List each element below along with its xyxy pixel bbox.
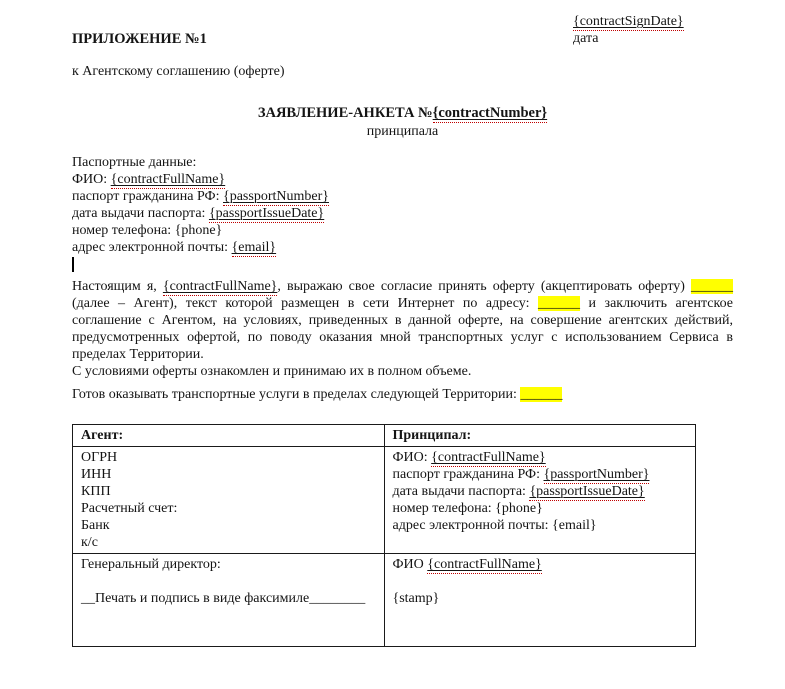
- acceptance-line: С условиями оферты ознакомлен и принимаю…: [72, 363, 733, 380]
- document-page[interactable]: {contractSignDate} дата ПРИЛОЖЕНИЕ №1 к …: [0, 0, 785, 689]
- passport-heading: Паспортные данные:: [72, 154, 329, 171]
- territory-line: Готов оказывать транспортные услуги в пр…: [72, 386, 562, 403]
- account-line: Расчетный счет:: [81, 500, 376, 517]
- document-title: ЗАЯВЛЕНИЕ-АНКЕТА №{contractNumber}: [72, 105, 733, 122]
- agent-signature-cell: Генеральный директор:__Печать и подпись …: [73, 554, 385, 647]
- template-placeholder: {contractSignDate}: [573, 14, 684, 31]
- text-cursor: [72, 257, 74, 272]
- passport-section: Паспортные данные: ФИО: {contractFullNam…: [72, 154, 329, 273]
- sign-date-label: дата: [573, 30, 684, 47]
- sign-date-placeholder-line: {contractSignDate}: [573, 13, 684, 30]
- director-line: Генеральный директор:: [81, 556, 376, 573]
- empty-line: [393, 573, 688, 590]
- fio-line: ФИО: {contractFullName}: [72, 171, 329, 188]
- appendix-subheading: к Агентскому соглашению (оферте): [72, 63, 285, 80]
- phone-line: номер телефона: {phone}: [72, 222, 329, 239]
- template-placeholder: {email}: [552, 518, 597, 533]
- table-signature-row: Генеральный директор:__Печать и подпись …: [73, 554, 696, 647]
- table-header-principal: Принципал:: [384, 425, 696, 447]
- template-placeholder: {phone}: [495, 501, 543, 516]
- principal-details-cell: ФИО: {contractFullName}паспорт гражданин…: [384, 447, 696, 554]
- document-subtitle: принципала: [72, 123, 733, 140]
- template-placeholder: {email}: [232, 240, 277, 257]
- cursor-line: [72, 256, 329, 273]
- table-header-row: Агент: Принципал:: [73, 425, 696, 447]
- template-placeholder: {passportIssueDate}: [529, 484, 644, 501]
- template-placeholder: {passportNumber}: [544, 467, 650, 484]
- agent-details-cell: ОГРНИННКППРасчетный счет:Банкк/с: [73, 447, 385, 554]
- fio-line: ФИО: {contractFullName}: [393, 449, 688, 466]
- stamp-line: {stamp}: [393, 590, 688, 607]
- corr-account-line: к/с: [81, 534, 376, 551]
- template-placeholder: {contractFullName}: [163, 279, 278, 296]
- stamp-signature-line: __Печать и подпись в виде факсимиле_____…: [81, 590, 376, 607]
- highlighted-blank: ______: [520, 387, 562, 402]
- bank-line: Банк: [81, 517, 376, 534]
- sign-date-block: {contractSignDate} дата: [573, 13, 684, 47]
- template-placeholder: {phone}: [175, 223, 223, 238]
- parties-table: Агент: Принципал: ОГРНИННКППРасчетный сч…: [72, 424, 696, 647]
- empty-line: [81, 573, 376, 590]
- passport-number-line: паспорт гражданина РФ: {passportNumber}: [393, 466, 688, 483]
- passport-issue-date-line: дата выдачи паспорта: {passportIssueDate…: [72, 205, 329, 222]
- email-line: адрес электронной почты: {email}: [393, 517, 688, 534]
- fio-line: ФИО {contractFullName}: [393, 556, 688, 573]
- email-line: адрес электронной почты: {email}: [72, 239, 329, 256]
- highlighted-blank: ______: [691, 279, 733, 294]
- principal-signature-cell: ФИО {contractFullName}{stamp}: [384, 554, 696, 647]
- template-placeholder: {contractFullName}: [431, 450, 546, 467]
- passport-number-line: паспорт гражданина РФ: {passportNumber}: [72, 188, 329, 205]
- template-placeholder: {passportIssueDate}: [209, 206, 324, 223]
- phone-line: номер телефона: {phone}: [393, 500, 688, 517]
- template-placeholder: {contractNumber}: [433, 105, 548, 123]
- inn-line: ИНН: [81, 466, 376, 483]
- passport-issue-date-line: дата выдачи паспорта: {passportIssueDate…: [393, 483, 688, 500]
- kpp-line: КПП: [81, 483, 376, 500]
- template-placeholder: {stamp}: [393, 591, 440, 606]
- highlighted-blank: ______: [538, 296, 580, 311]
- table-details-row: ОГРНИННКППРасчетный счет:Банкк/с ФИО: {c…: [73, 447, 696, 554]
- template-placeholder: {passportNumber}: [223, 189, 329, 206]
- template-placeholder: {contractFullName}: [111, 172, 226, 189]
- agreement-paragraph: Настоящим я, {contractFullName}, выражаю…: [72, 278, 733, 363]
- passport-lines: ФИО: {contractFullName}паспорт гражданин…: [72, 171, 329, 256]
- agreement-block: Настоящим я, {contractFullName}, выражаю…: [72, 278, 733, 380]
- appendix-heading: ПРИЛОЖЕНИЕ №1: [72, 31, 207, 48]
- template-placeholder: {contractFullName}: [427, 557, 542, 574]
- table-header-agent: Агент:: [73, 425, 385, 447]
- ogrn-line: ОГРН: [81, 449, 376, 466]
